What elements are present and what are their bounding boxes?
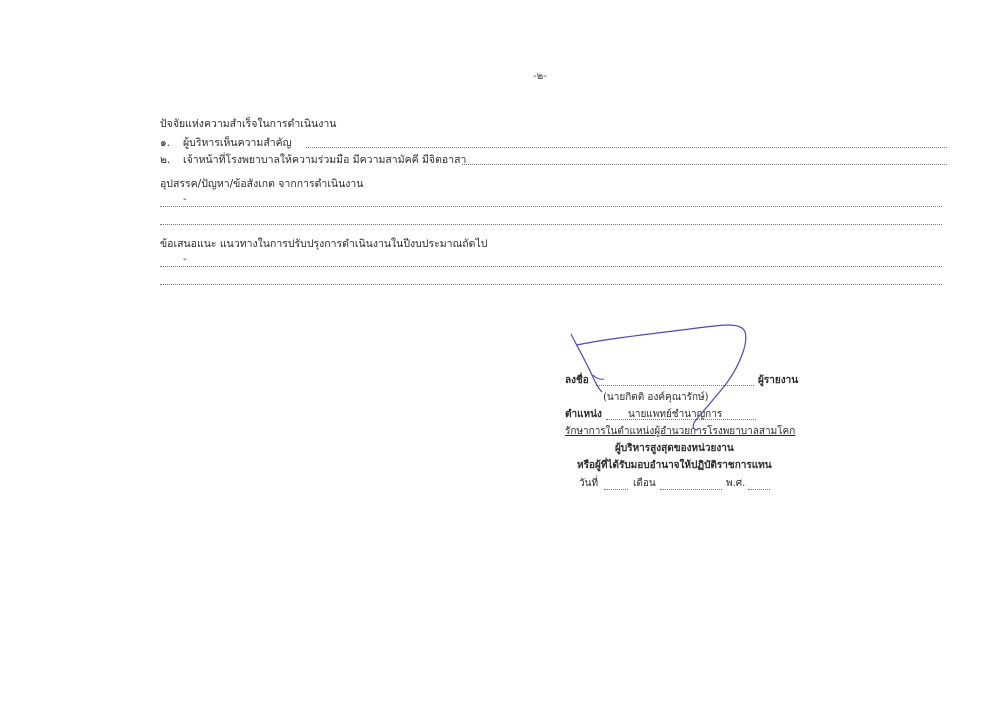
handwritten-signature [0,0,1000,707]
